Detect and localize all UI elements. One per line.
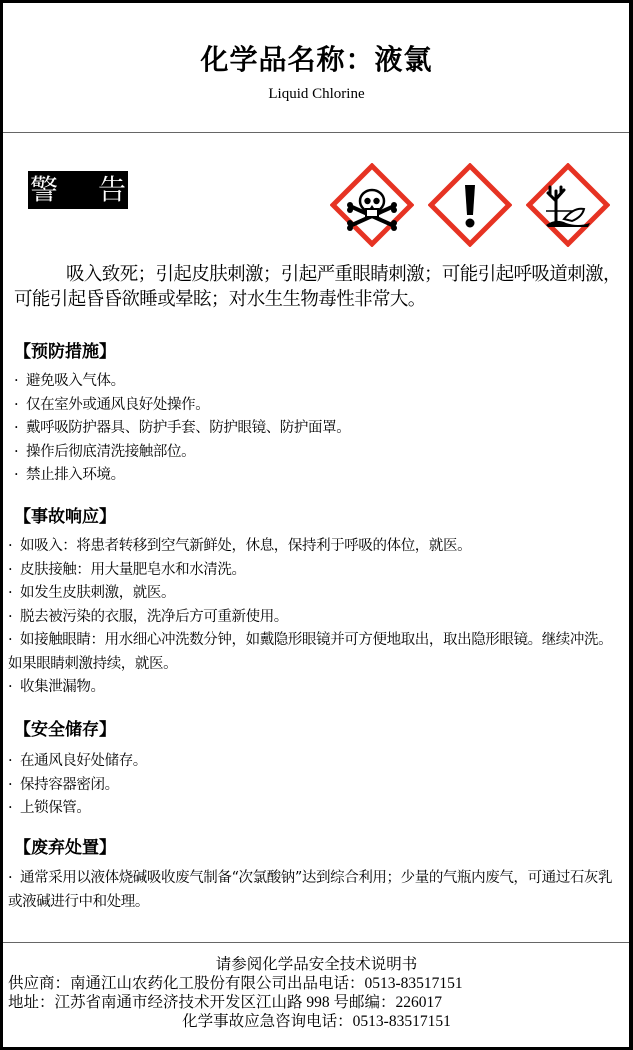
bullet: · [14, 370, 26, 394]
bullet: · [8, 797, 20, 821]
list-item: ·皮肤接触：用大量肥皂水和水清洗。 [8, 559, 625, 583]
item-text: 如吸入：将患者转移到空气新鲜处，休息，保持利于呼吸的体位，就医。 [20, 538, 471, 554]
list-item: ·上锁保管。 [8, 797, 625, 821]
list-item: ·避免吸入气体。 [14, 370, 625, 394]
bullet: · [8, 750, 20, 774]
item-text: 禁止排入环境。 [26, 467, 125, 483]
emergency-phone: 化学事故应急咨询电话：0513-83517151 [8, 1012, 625, 1031]
bullet: · [14, 441, 26, 465]
environment-icon [526, 163, 610, 247]
header-divider [3, 132, 629, 133]
signal-word-char: 警 [30, 171, 58, 209]
list-item: ·禁止排入环境。 [14, 464, 625, 488]
item-text: 戴呼吸防护器具、防护手套、防护眼镜、防护面罩。 [26, 420, 350, 436]
list-item: ·保持容器密闭。 [8, 774, 625, 798]
storage-list: ·在通风良好处储存。 ·保持容器密闭。 ·上锁保管。 [8, 750, 625, 821]
section-heading-prevention: 【预防措施】 [14, 337, 116, 362]
list-item: ·通常采用以液体烧碱吸收废气制备“次氯酸钠”达到综合利用；少量的气瓶内废气，可通… [8, 867, 625, 914]
list-item: ·如吸入：将患者转移到空气新鲜处，休息，保持利于呼吸的体位，就医。 [8, 535, 625, 559]
signal-word-badge: 警 告 [28, 171, 128, 209]
skull-crossbones-icon [330, 163, 414, 247]
item-text: 操作后彻底清洗接触部位。 [26, 444, 195, 460]
section-heading-response: 【事故响应】 [14, 502, 116, 527]
sds-reference: 请参阅化学品安全技术说明书 [8, 955, 625, 974]
chemical-english-name: Liquid Chlorine [0, 86, 633, 103]
list-item: ·操作后彻底清洗接触部位。 [14, 441, 625, 465]
item-text: 如发生皮肤刺激，就医。 [20, 585, 175, 601]
item-text: 保持容器密闭。 [20, 777, 119, 793]
item-text: 通常采用以液体烧碱吸收废气制备“次氯酸钠”达到综合利用；少量的气瓶内废气，可通过… [8, 870, 612, 910]
list-item: ·仅在室外或通风良好处操作。 [14, 394, 625, 418]
item-text: 仅在室外或通风良好处操作。 [26, 397, 209, 413]
list-item: ·在通风良好处储存。 [8, 750, 625, 774]
footer-divider [3, 942, 629, 943]
supplier-info: 供应商：南通江山农药化工股份有限公司出品电话：0513-83517151 [8, 974, 625, 993]
address-info: 地址：江苏省南通市经济技术开发区江山路 998 号邮编：226017 [8, 993, 625, 1012]
list-item: ·如接触眼睛：用水细心冲洗数分钟，如戴隐形眼镜并可方便地取出，取出隐形眼镜。继续… [8, 629, 625, 676]
bullet: · [8, 559, 20, 583]
bullet: · [8, 629, 20, 653]
item-text: 脱去被污染的衣服，洗净后方可重新使用。 [20, 609, 288, 625]
bullet: · [8, 676, 20, 700]
chemical-name-title: 化学品名称：液氯 [0, 38, 633, 78]
section-heading-disposal: 【废弃处置】 [14, 833, 116, 858]
hazard-statement: 吸入致死；引起皮肤刺激；引起严重眼睛刺激；可能引起呼吸道刺激，可能引起昏昏欲睡或… [14, 262, 623, 312]
bullet: · [8, 535, 20, 559]
bullet: · [14, 394, 26, 418]
bullet: · [8, 606, 20, 630]
disposal-list: ·通常采用以液体烧碱吸收废气制备“次氯酸钠”达到综合利用；少量的气瓶内废气，可通… [8, 867, 625, 914]
section-heading-storage: 【安全储存】 [14, 715, 116, 740]
signal-word-char: 告 [98, 171, 126, 209]
supplier-footer: 请参阅化学品安全技术说明书 供应商：南通江山农药化工股份有限公司出品电话：051… [8, 955, 625, 1031]
list-item: ·戴呼吸防护器具、防护手套、防护眼镜、防护面罩。 [14, 417, 625, 441]
bullet: · [8, 867, 20, 891]
list-item: ·脱去被污染的衣服，洗净后方可重新使用。 [8, 606, 625, 630]
item-text: 皮肤接触：用大量肥皂水和水清洗。 [20, 562, 246, 578]
bullet: · [14, 464, 26, 488]
item-text: 避免吸入气体。 [26, 373, 125, 389]
exclamation-mark-icon [428, 163, 512, 247]
item-text: 如接触眼睛：用水细心冲洗数分钟，如戴隐形眼镜并可方便地取出，取出隐形眼镜。继续冲… [8, 632, 612, 672]
response-list: ·如吸入：将患者转移到空气新鲜处，休息，保持利于呼吸的体位，就医。 ·皮肤接触：… [8, 535, 625, 700]
item-text: 上锁保管。 [20, 800, 91, 816]
list-item: ·如发生皮肤刺激，就医。 [8, 582, 625, 606]
bullet: · [8, 774, 20, 798]
bullet: · [8, 582, 20, 606]
list-item: ·收集泄漏物。 [8, 676, 625, 700]
bullet: · [14, 417, 26, 441]
item-text: 在通风良好处储存。 [20, 753, 147, 769]
item-text: 收集泄漏物。 [20, 679, 105, 695]
prevention-list: ·避免吸入气体。 ·仅在室外或通风良好处操作。 ·戴呼吸防护器具、防护手套、防护… [14, 370, 625, 488]
